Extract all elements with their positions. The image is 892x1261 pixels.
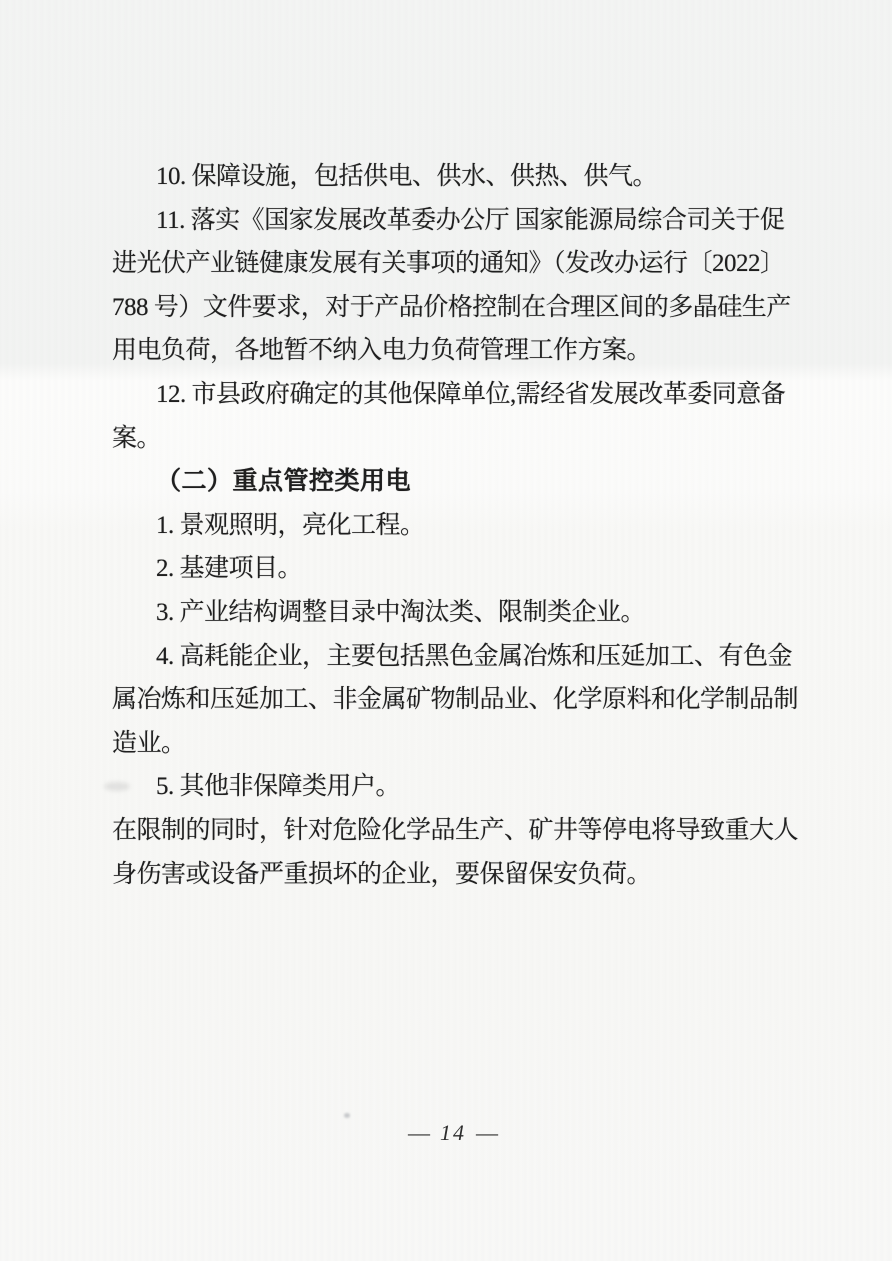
item-11-line-3: 788 号）文件要求，对于产品价格控制在合理区间的多晶硅生产 [112,286,776,330]
item-11-line-4: 用电负荷，各地暂不纳入电力负荷管理工作方案。 [112,329,776,373]
scan-smudge-artifact [104,782,130,791]
footer-dash-left: — [408,1120,430,1145]
page-number-footer: —14— [0,1120,892,1146]
footer-dash-right: — [476,1120,498,1145]
scanned-document-page: 10. 保障设施，包括供电、供水、供热、供气。 11. 落实《国家发展改革委办公… [0,0,892,1261]
page-number: 14 [440,1120,466,1145]
item-10-line: 10. 保障设施，包括供电、供水、供热、供气。 [112,155,776,199]
item-11-line-2: 进光伏产业链健康发展有关事项的通知》（发改办运行〔2022〕 [112,242,776,286]
document-body: 10. 保障设施，包括供电、供水、供热、供气。 11. 落实《国家发展改革委办公… [112,155,776,896]
closing-paragraph-line-1: 在限制的同时，针对危险化学品生产、矿井等停电将导致重大人 [112,809,776,853]
closing-paragraph-line-2: 身伤害或设备严重损坏的企业，要保留保安负荷。 [112,853,776,897]
section-heading: （二）重点管控类用电 [112,460,776,504]
item-1-line: 1. 景观照明，亮化工程。 [112,504,776,548]
scan-speck-artifact [344,1113,350,1118]
item-4-line-1: 4. 高耗能企业，主要包括黑色金属冶炼和压延加工、有色金 [112,635,776,679]
item-12-line-2: 案。 [112,417,776,461]
item-2-line: 2. 基建项目。 [112,547,776,591]
item-4-line-3: 造业。 [112,722,776,766]
item-12-line-1: 12. 市县政府确定的其他保障单位,需经省发展改革委同意备 [112,373,776,417]
item-11-line-1: 11. 落实《国家发展改革委办公厅 国家能源局综合司关于促 [112,199,776,243]
item-4-line-2: 属冶炼和压延加工、非金属矿物制品业、化学原料和化学制品制 [112,678,776,722]
item-5-line: 5. 其他非保障类用户。 [112,765,776,809]
item-3-line: 3. 产业结构调整目录中淘汰类、限制类企业。 [112,591,776,635]
